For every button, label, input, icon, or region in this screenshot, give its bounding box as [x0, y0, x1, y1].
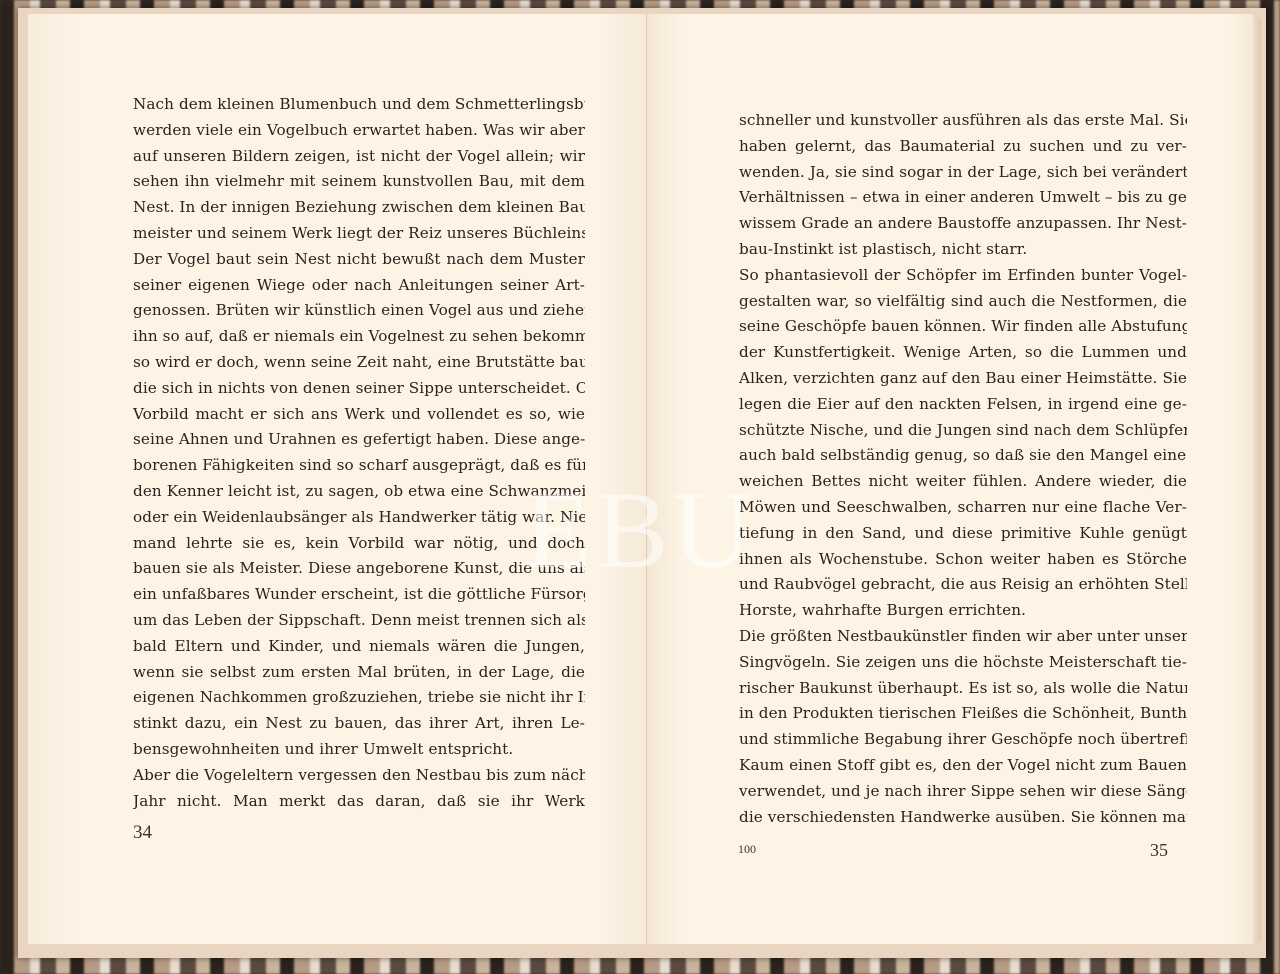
text-line: eigenen Nachkommen großzuziehen, triebe … [133, 685, 585, 711]
text-line: weichen Bettes nicht weiter fühlen. Ande… [739, 469, 1187, 495]
text-line: schützte Nische, und die Jungen sind nac… [739, 418, 1187, 444]
text-line: werden viele ein Vogelbuch erwartet habe… [133, 118, 585, 144]
left-page-number: 34 [133, 822, 152, 844]
text-line: seine Geschöpfe bauen können. Wir finden… [739, 314, 1187, 340]
text-line: ihnen als Wochenstube. Schon weiter habe… [739, 547, 1187, 573]
right-page-number: 35 [1150, 840, 1168, 861]
text-line: Verhältnissen – etwa in einer anderen Um… [739, 185, 1187, 211]
text-line: wenden. Ja, sie sind sogar in der Lage, … [739, 160, 1187, 186]
text-line: Horste, wahrhafte Burgen errichten. [739, 598, 1187, 624]
text-line: ein unfaßbares Wunder erscheint, ist die… [133, 582, 585, 608]
text-line: oder ein Weidenlaubsänger als Handwerker… [133, 505, 585, 531]
footer-note: 100 [738, 842, 756, 857]
right-page: schneller und kunstvoller ausführen als … [647, 14, 1253, 944]
open-book: Nach dem kleinen Blumenbuch und dem Schm… [18, 8, 1266, 958]
right-page-text: schneller und kunstvoller ausführen als … [739, 108, 1187, 830]
text-line: Jahr nicht. Man merkt das daran, daß sie… [133, 789, 585, 815]
text-line: Nach dem kleinen Blumenbuch und dem Schm… [133, 92, 585, 118]
text-line: der Kunstfertigkeit. Wenige Arten, so di… [739, 340, 1187, 366]
text-line: verwendet, und je nach ihrer Sippe sehen… [739, 779, 1187, 805]
page-edges [1253, 18, 1261, 942]
text-line: bauen sie als Meister. Diese angeborene … [133, 556, 585, 582]
text-line: meister und seinem Werk liegt der Reiz u… [133, 221, 585, 247]
text-line: Vorbild macht er sich ans Werk und volle… [133, 402, 585, 428]
text-line: in den Produkten tierischen Fleißes die … [739, 701, 1187, 727]
text-line: die sich in nichts von denen seiner Sipp… [133, 376, 585, 402]
text-line: Kaum einen Stoff gibt es, den der Vogel … [739, 753, 1187, 779]
text-line: wissem Grade an andere Baustoffe anzupas… [739, 211, 1187, 237]
text-line: und stimmliche Begabung ihrer Geschöpfe … [739, 727, 1187, 753]
text-line: borenen Fähigkeiten sind so scharf ausge… [133, 453, 585, 479]
text-line: rischer Baukunst überhaupt. Es ist so, a… [739, 676, 1187, 702]
text-line: bau-Instinkt ist plastisch, nicht starr. [739, 237, 1187, 263]
text-line: Alken, verzichten ganz auf den Bau einer… [739, 366, 1187, 392]
text-line: schneller und kunstvoller ausführen als … [739, 108, 1187, 134]
text-line: den Kenner leicht ist, zu sagen, ob etwa… [133, 479, 585, 505]
text-line: legen die Eier auf den nackten Felsen, i… [739, 392, 1187, 418]
text-line: mand lehrte sie es, kein Vorbild war nöt… [133, 531, 585, 557]
text-line: die verschiedensten Handwerke ausüben. S… [739, 805, 1187, 831]
text-line: Singvögeln. Sie zeigen uns die höchste M… [739, 650, 1187, 676]
text-line: seiner eigenen Wiege oder nach Anleitung… [133, 273, 585, 299]
text-line: stinkt dazu, ein Nest zu bauen, das ihre… [133, 711, 585, 737]
text-line: Der Vogel baut sein Nest nicht bewußt na… [133, 247, 585, 273]
text-line: auf unseren Bildern zeigen, ist nicht de… [133, 144, 585, 170]
text-line: So phantasievoll der Schöpfer im Erfinde… [739, 263, 1187, 289]
left-page: Nach dem kleinen Blumenbuch und dem Schm… [28, 14, 647, 944]
text-line: Möwen und Seeschwalben, scharren nur ein… [739, 495, 1187, 521]
text-line: um das Leben der Sippschaft. Denn meist … [133, 608, 585, 634]
text-line: seine Ahnen und Urahnen es gefertigt hab… [133, 427, 585, 453]
text-line: sehen ihn vielmehr mit seinem kunstvolle… [133, 169, 585, 195]
text-line: tiefung in den Sand, und diese primitive… [739, 521, 1187, 547]
text-line: wenn sie selbst zum ersten Mal brüten, i… [133, 660, 585, 686]
text-line: bensgewohnheiten und ihrer Umwelt entspr… [133, 737, 585, 763]
text-line: bald Eltern und Kinder, und niemals wäre… [133, 634, 585, 660]
text-line: auch bald selbständig genug, so daß sie … [739, 443, 1187, 469]
text-line: Die größten Nestbaukünstler finden wir a… [739, 624, 1187, 650]
text-line: Nest. In der innigen Beziehung zwischen … [133, 195, 585, 221]
left-page-text: Nach dem kleinen Blumenbuch und dem Schm… [133, 92, 585, 814]
text-line: so wird er doch, wenn seine Zeit naht, e… [133, 350, 585, 376]
text-line: und Raubvögel gebracht, die aus Reisig a… [739, 572, 1187, 598]
text-line: genossen. Brüten wir künstlich einen Vog… [133, 298, 585, 324]
text-line: haben gelernt, das Baumaterial zu suchen… [739, 134, 1187, 160]
text-line: Aber die Vogeleltern vergessen den Nestb… [133, 763, 585, 789]
text-line: ihn so auf, daß er niemals ein Vogelnest… [133, 324, 585, 350]
text-line: gestalten war, so vielfältig sind auch d… [739, 289, 1187, 315]
